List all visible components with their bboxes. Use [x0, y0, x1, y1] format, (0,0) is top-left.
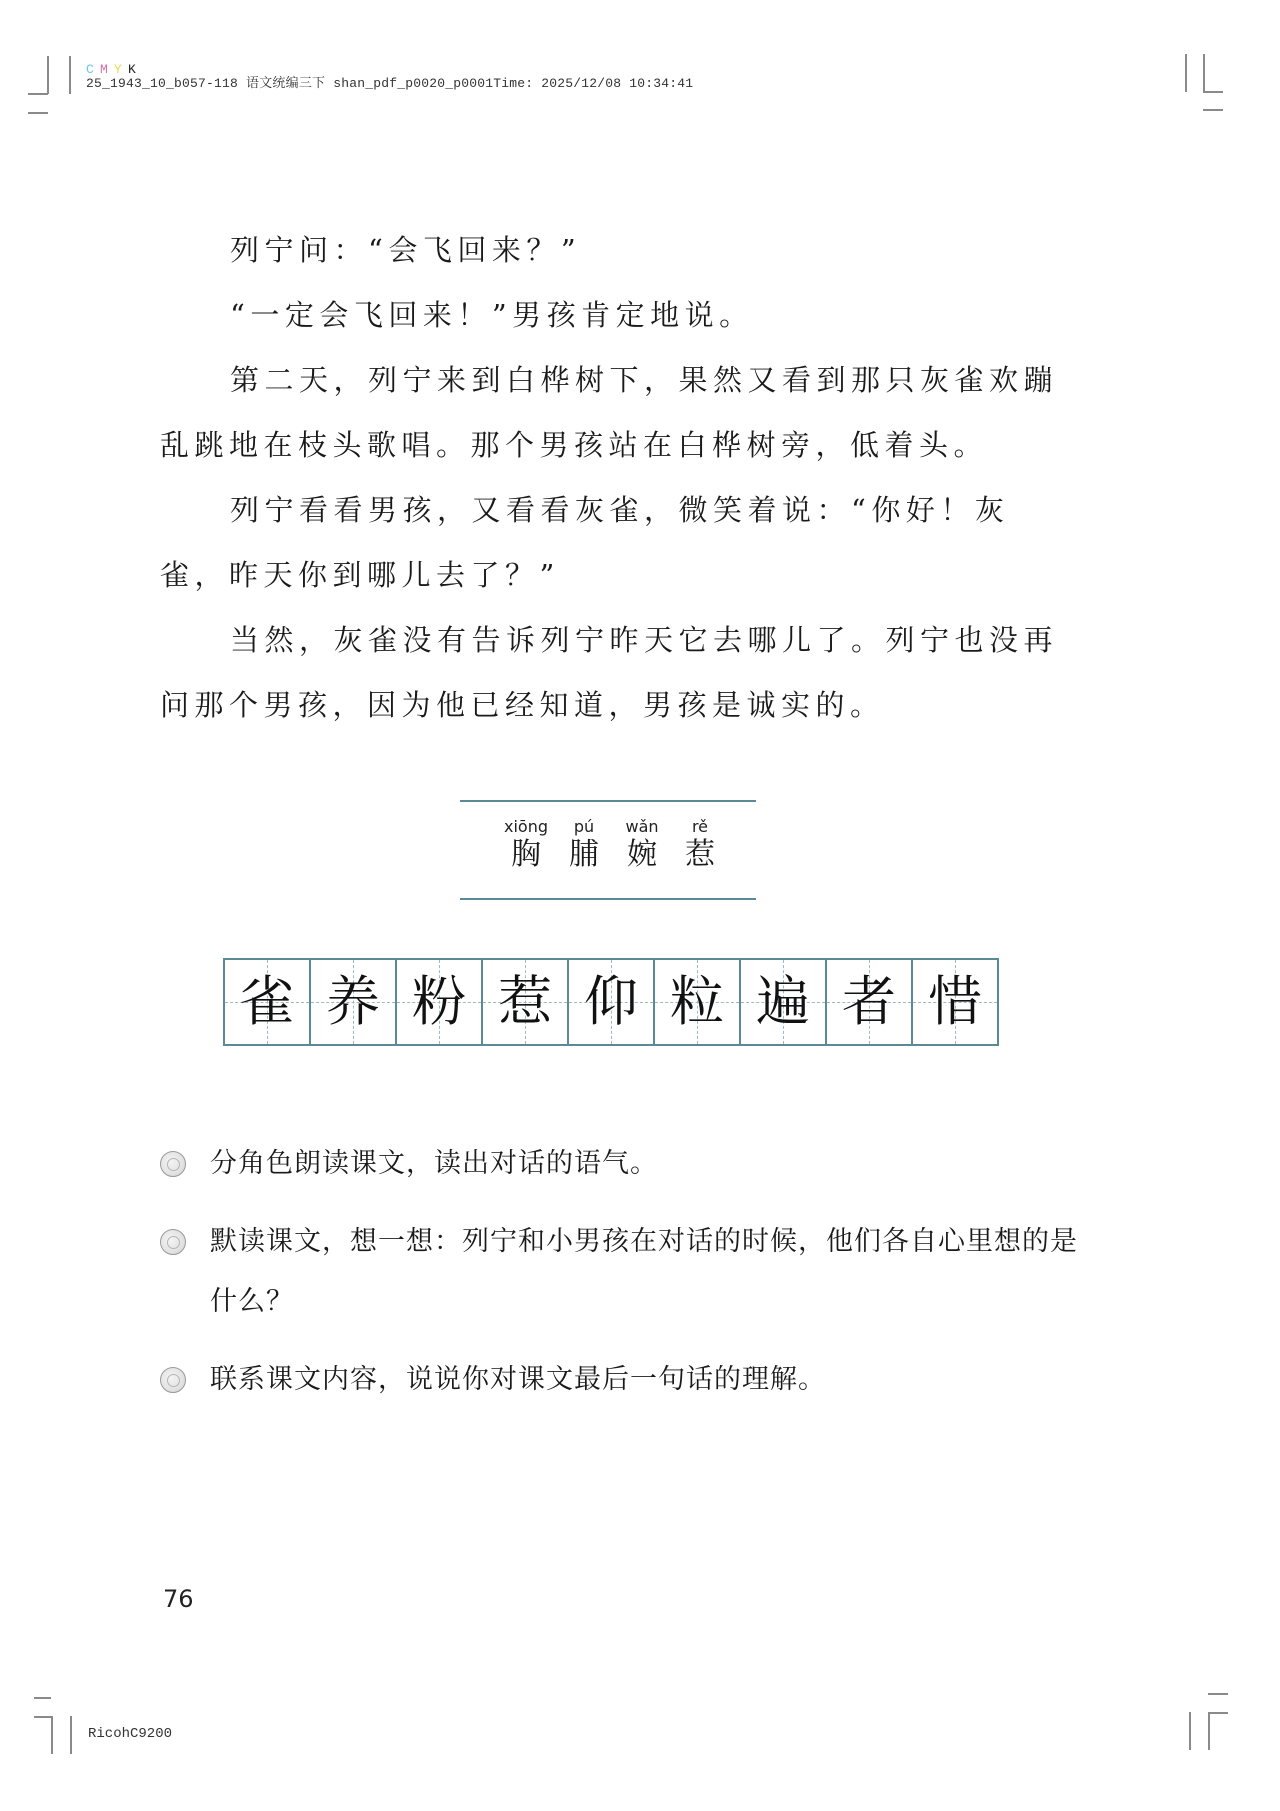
- hanzi: 惹: [685, 836, 715, 874]
- vocabulary-word: xiōng 胸: [500, 818, 552, 874]
- crop-mark: [1185, 54, 1187, 92]
- vocabulary-word: wǎn 婉: [616, 818, 668, 874]
- exercise-text: 分角色朗读课文，读出对话的语气。: [210, 1148, 658, 1179]
- divider-rule: [460, 800, 756, 802]
- crop-mark: [69, 56, 71, 94]
- vocabulary-word: pú 脯: [558, 818, 610, 874]
- cmyk-k: K: [128, 62, 136, 77]
- crop-mark: [1203, 109, 1223, 111]
- page-number: 76: [163, 1585, 194, 1613]
- grid-cell: 惹: [483, 960, 569, 1044]
- exercise-item: 默读课文，想一想：列宁和小男孩在对话的时候，他们各自心里想的是什么？: [160, 1212, 1080, 1332]
- hanzi: 婉: [627, 836, 657, 874]
- grid-cell: 遍: [741, 960, 827, 1044]
- pinyin: pú: [574, 818, 594, 836]
- story-paragraph: 第二天，列宁来到白桦树下，果然又看到那只灰雀欢蹦乱跳地在枝头歌唱。那个男孩站在白…: [160, 348, 1060, 478]
- divider-rule: [460, 898, 756, 900]
- pinyin: rě: [692, 818, 708, 836]
- hanzi: 脯: [569, 836, 599, 874]
- crop-mark: [51, 1716, 53, 1754]
- crop-mark: [47, 56, 49, 94]
- exercise-badge-icon: [160, 1367, 186, 1393]
- grid-cell: 惜: [913, 960, 997, 1044]
- printer-label: RicohC9200: [88, 1726, 172, 1742]
- hanzi: 胸: [511, 836, 541, 874]
- grid-character: 粉: [412, 972, 466, 1032]
- exercise-item: 联系课文内容，说说你对课文最后一句话的理解。: [160, 1350, 1080, 1410]
- cmyk-indicator: CMYK: [86, 63, 693, 77]
- crop-mark: [1203, 54, 1205, 92]
- grid-cell: 粒: [655, 960, 741, 1044]
- exercise-badge-icon: [160, 1151, 186, 1177]
- grid-character: 仰: [584, 972, 638, 1032]
- writing-grid: 雀 养 粉 惹 仰 粒 遍 者 惜: [223, 958, 999, 1046]
- grid-cell: 粉: [397, 960, 483, 1044]
- grid-character: 惜: [928, 972, 982, 1032]
- vocabulary-word: rě 惹: [674, 818, 726, 874]
- cmyk-y: Y: [114, 62, 122, 77]
- crop-mark: [28, 93, 48, 95]
- print-job-header: CMYK 25_1943_10_b057-118 语文统编三下 shan_pdf…: [86, 63, 693, 91]
- grid-character: 粒: [670, 972, 724, 1032]
- grid-character: 遍: [756, 972, 810, 1032]
- exercise-list: 分角色朗读课文，读出对话的语气。 默读课文，想一想：列宁和小男孩在对话的时候，他…: [160, 1134, 1080, 1428]
- story-text: 列宁问：“会飞回来？” “一定会飞回来！”男孩肯定地说。 第二天，列宁来到白桦树…: [160, 218, 1060, 738]
- crop-mark: [34, 1697, 51, 1699]
- exercise-item: 分角色朗读课文，读出对话的语气。: [160, 1134, 1080, 1194]
- crop-mark: [34, 1716, 51, 1718]
- crop-mark: [28, 112, 48, 114]
- story-paragraph: 列宁问：“会飞回来？”: [160, 218, 1060, 283]
- cmyk-c: C: [86, 62, 94, 77]
- story-paragraph: “一定会飞回来！”男孩肯定地说。: [160, 283, 1060, 348]
- pinyin: wǎn: [625, 818, 658, 836]
- crop-mark: [1203, 91, 1223, 93]
- story-paragraph: 列宁看看男孩，又看看灰雀，微笑着说：“你好！灰雀，昨天你到哪儿去了？”: [160, 478, 1060, 608]
- crop-mark: [1208, 1712, 1210, 1750]
- grid-character: 雀: [240, 972, 294, 1032]
- grid-character: 者: [842, 972, 896, 1032]
- vocabulary-words: xiōng 胸 pú 脯 wǎn 婉 rě 惹: [500, 818, 726, 874]
- exercise-text: 联系课文内容，说说你对课文最后一句话的理解。: [210, 1364, 826, 1395]
- cmyk-m: M: [100, 62, 108, 77]
- exercise-badge-icon: [160, 1229, 186, 1255]
- crop-mark: [1189, 1712, 1191, 1750]
- print-job-line: 25_1943_10_b057-118 语文统编三下 shan_pdf_p002…: [86, 77, 693, 91]
- grid-cell: 仰: [569, 960, 655, 1044]
- pinyin: xiōng: [504, 818, 548, 836]
- exercise-text: 默读课文，想一想：列宁和小男孩在对话的时候，他们各自心里想的是什么？: [210, 1226, 1078, 1317]
- grid-cell: 养: [311, 960, 397, 1044]
- crop-mark: [1208, 1693, 1228, 1695]
- grid-cell: 者: [827, 960, 913, 1044]
- grid-character: 养: [326, 972, 380, 1032]
- grid-cell: 雀: [225, 960, 311, 1044]
- crop-mark: [70, 1716, 72, 1754]
- story-paragraph: 当然，灰雀没有告诉列宁昨天它去哪儿了。列宁也没再问那个男孩，因为他已经知道，男孩…: [160, 608, 1060, 738]
- vocabulary-box: xiōng 胸 pú 脯 wǎn 婉 rě 惹: [460, 800, 756, 900]
- crop-mark: [1208, 1712, 1228, 1714]
- grid-character: 惹: [498, 972, 552, 1032]
